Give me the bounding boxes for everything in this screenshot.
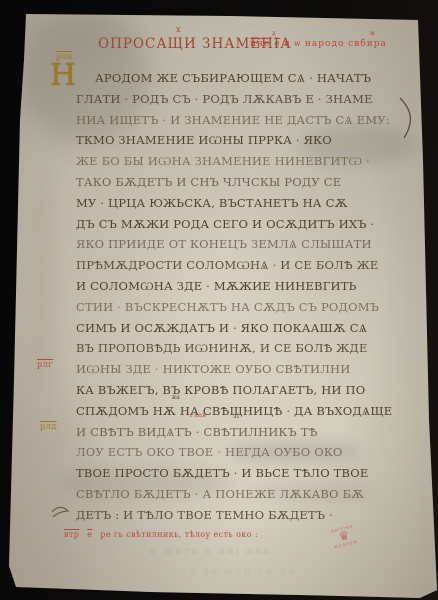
stain	[30, 180, 58, 380]
ghost-showthrough-line: в зе мли га лъ	[190, 565, 296, 577]
text-line: ДЕТЪ : И ТѢЛО ТВОЕ ТЕМНО БѪДЕТЪ ·	[76, 505, 421, 526]
text-line: МУ · ЦРЦА ЮЖЬСКА, ВЪСТАНЕТЪ НА СѪ	[76, 193, 421, 214]
interlinear-gloss-dark: зі	[233, 412, 239, 420]
title-superscript: х	[176, 25, 181, 34]
interlinear-gloss-red: глав	[190, 411, 206, 419]
chapter-title-part1: ОПРОСАЩИ	[98, 36, 197, 52]
text-line: КА ВЪЖЕГЪ, ВЪ КРОВѢ ПОЛАГАЕТЪ, НИ ПО	[76, 380, 421, 401]
rubric-incipit: в ѡ народо свбира	[284, 39, 387, 49]
text-line: СПѪДОМЪ НѪ НА СВѢЩНИЦѢ · ДА ВЪХОДѦЩЕ	[76, 401, 421, 422]
text-line: ЯКО ПРИИДЕ ОТ КОНЕЦЪ ЗЕМЛѦ СЛЫШАТИ	[76, 234, 421, 255]
text-line: ПРѢМѪДРОСТИ СОЛОМѠНѦ · И СЕ БОЛѢ ЖЕ	[76, 255, 421, 276]
margin-section-number-134: рлд	[40, 422, 57, 431]
text-block: АРОДОМ ЖЕ СЪБИРАЮЩЕМ СѦ · НАЧАТЪГЛАТИ · …	[76, 68, 421, 526]
liturgical-note-week: е	[87, 530, 92, 539]
text-line: ГЛАТИ · РОДЪ СЪ · РОДЪ ЛѪКАВЪ Е · ЗНАМЕ	[76, 89, 421, 110]
manuscript-page: ОПРОСАЩИ ЗНАМЕНІА х пне е в ѡ народо свб…	[0, 0, 438, 600]
rubric-week-number: е	[274, 39, 280, 49]
text-line: И СВѢТЪ ВИДѦТЪ · СВѢТИЛНИКЪ ТѢ	[76, 422, 421, 443]
liturgical-note-day: втр	[64, 530, 79, 539]
text-line: СТИИ · ВЪСКРЕСНѪТЪ НА СѪДЪ СЪ РОДОМЪ	[76, 297, 421, 318]
text-line: ТАКО БѪДЕТЪ И СНЪ ЧЛЧСКЫ РОДУ СЕ	[76, 172, 421, 193]
lectionary-rubric: пне е в ѡ народо свбира	[250, 38, 387, 49]
rubric-superscript-mark: м	[370, 30, 375, 37]
text-line: И СОЛОМѠНА ЗДЕ · МѪЖИЕ НИНЕВГИТЬ	[76, 276, 421, 297]
text-line: ЛОУ ЕСТЪ ОКО ТВОЕ · НЕГДА ОУБО ОКО	[76, 442, 421, 463]
liturgical-note: втр е ре гь свѣтилникь, тѣлоу есть око :	[64, 530, 263, 539]
text-line: АРОДОМ ЖЕ СЪБИРАЮЩЕМ СѦ · НАЧАТЪ	[76, 68, 421, 89]
text-line: СВѢТЛО БѪДЕТЪ · А ПОНЕЖЕ ЛѪКАВО БѪ	[76, 484, 421, 505]
text-line: ДЪ СЪ МѪЖИ РОДА СЕГО И ОСѪДИТЪ ИХЪ ·	[76, 214, 421, 235]
margin-section-number-133: рлг	[37, 360, 53, 369]
manuscript-photograph: ОПРОСАЩИ ЗНАМЕНІА х пне е в ѡ народо свб…	[0, 0, 438, 600]
illuminated-initial: Н	[50, 61, 76, 91]
interlinear-correction: на	[172, 394, 180, 401]
rubric-superscript-mark: д	[272, 30, 276, 37]
ghost-showthrough-line: ь шить а оні ало	[150, 545, 272, 557]
text-line: НИА ИЩЕТЪ · И ЗНАМЕНИЕ НЕ ДАСТЪ СѦ ЕМУ:	[76, 110, 421, 131]
text-line: ЖЕ БО БЫ ИѠНА ЗНАМЕНИЕ НИНЕВГИТѠ ·	[76, 151, 421, 172]
text-line: ВЪ ПРОПОВѢДЬ ИѠНИНѪ, И СЕ БОЛѢ ЖДЕ	[76, 338, 421, 359]
text-line: ТКМО ЗНАМЕНИЕ ИѠНЫ ПРРКА · ЯКО	[76, 130, 421, 151]
text-line: ТВОЕ ПРОСТО БѪДЕТЪ · И ВЬСЕ ТѢЛО ТВОЕ	[76, 463, 421, 484]
text-line: СИМЪ И ОСѪЖДАТЪ И · ЯКО ПОКААШѪ СѦ	[76, 318, 421, 339]
liturgical-note-text: ре гь свѣтилникь, тѣлоу есть око :	[100, 530, 258, 539]
rubric-day: пне	[250, 39, 270, 49]
stamp-text-bottom: MUSEUM	[334, 538, 358, 549]
text-line: ИѠНЫ ЗДЕ · НИКТОЖЕ ОУБО СВѢТИЛНИ	[76, 359, 421, 380]
